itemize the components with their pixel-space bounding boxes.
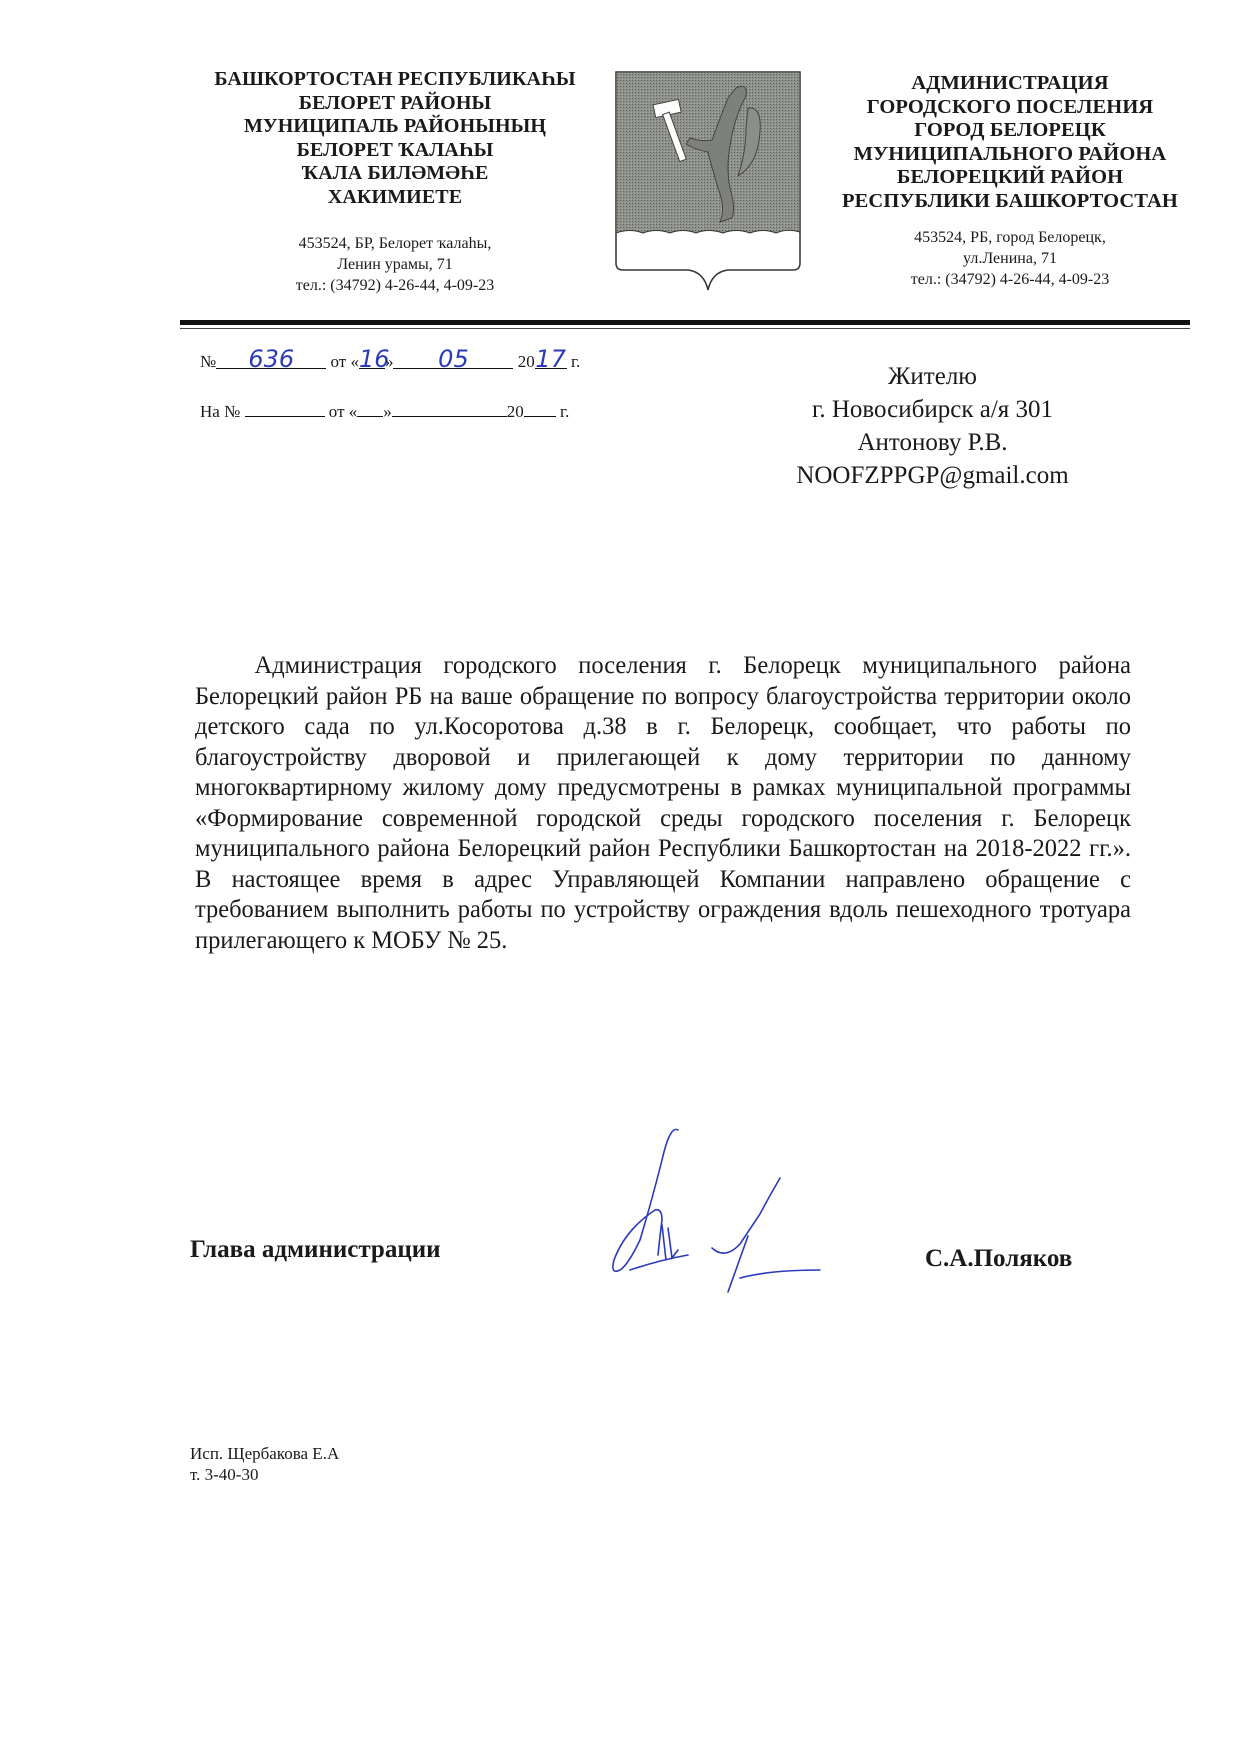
org-name-line: ГОРОД БЕЛОРЕЦК (810, 119, 1210, 143)
header-divider-thin (180, 328, 1190, 329)
org-address-bashkir: 453524, БР, Белорет ҡалаһы, Ленин урамы,… (175, 233, 615, 296)
coat-of-arms-icon (608, 68, 803, 293)
org-name-line: ХАКИМИЕТЕ (175, 186, 615, 210)
address-line: 453524, РБ, город Белорецк, (810, 227, 1210, 248)
org-name-line: ҠАЛА БИЛӘМӘҺЕ (175, 162, 615, 186)
org-name-line: РЕСПУБЛИКИ БАШКОРТОСТАН (810, 190, 1210, 214)
letter-body: Администрация городского поселения г. Бе… (195, 650, 1131, 955)
outgoing-registration: №636 от «16»05 2017 г. (200, 350, 580, 373)
org-name-line: БЕЛОРЕТ ҠАЛАҺЫ (175, 139, 615, 163)
org-name-line: АДМИНИСТРАЦИЯ (810, 72, 1210, 96)
org-name-russian: АДМИНИСТРАЦИЯ ГОРОДСКОГО ПОСЕЛЕНИЯ ГОРОД… (810, 72, 1210, 213)
recipient-email: NOOFZPPGP@gmail.com (760, 459, 1105, 492)
date-from-label: от « (330, 352, 358, 371)
header-divider-thick (180, 320, 1190, 325)
phone-line: тел.: (34792) 4-26-44, 4-09-23 (175, 275, 615, 296)
executor-block: Исп. Щербакова Е.А т. 3-40-30 (190, 1443, 339, 1485)
org-name-line: БЕЛОРЕЦКИЙ РАЙОН (810, 166, 1210, 190)
handwritten-signature-icon (600, 1120, 900, 1300)
recipient-line: г. Новосибирск а/я 301 (760, 393, 1105, 426)
org-name-line: БЕЛОРЕТ РАЙОНЫ (175, 92, 615, 116)
body-paragraph: Администрация городского поселения г. Бе… (195, 650, 1131, 955)
incoming-year-field (524, 398, 556, 417)
address-line: ул.Ленина, 71 (810, 248, 1210, 269)
incoming-month-field (392, 398, 507, 417)
phone-line: тел.: (34792) 4-26-44, 4-09-23 (810, 269, 1210, 290)
org-name-line: БАШКОРТОСТАН РЕСПУБЛИКАҺЫ (175, 68, 615, 92)
org-name-line: МУНИЦИПАЛЬНОГО РАЙОНА (810, 143, 1210, 167)
recipient-line: Жителю (760, 360, 1105, 393)
executor-name: Исп. Щербакова Е.А (190, 1443, 339, 1464)
outgoing-number-field: 636 (216, 350, 326, 369)
executor-phone: т. 3-40-30 (190, 1464, 339, 1485)
outgoing-month: 05 (438, 345, 469, 373)
header-left-bashkir: БАШКОРТОСТАН РЕСПУБЛИКАҺЫ БЕЛОРЕТ РАЙОНЫ… (175, 68, 615, 296)
address-line: 453524, БР, Белорет ҡалаһы, (175, 233, 615, 254)
close-quote: » (385, 352, 394, 371)
day-field: 16 (359, 350, 385, 369)
signatory-name: С.А.Поляков (925, 1245, 1072, 1273)
year-unit: г. (571, 352, 580, 371)
address-line: Ленин урамы, 71 (175, 254, 615, 275)
incoming-day-field (357, 398, 383, 417)
recipient-line: Антонову Р.В. (760, 426, 1105, 459)
outgoing-number: 636 (248, 345, 294, 373)
org-name-bashkir: БАШКОРТОСТАН РЕСПУБЛИКАҺЫ БЕЛОРЕТ РАЙОНЫ… (175, 68, 615, 209)
close-quote: » (383, 402, 392, 421)
date-from-label: от « (329, 402, 357, 421)
org-name-line: МУНИЦИПАЛЬ РАЙОНЫНЫҢ (175, 115, 615, 139)
year-unit: г. (560, 402, 569, 421)
year-prefix: 20 (518, 352, 535, 371)
org-name-line: ГОРОДСКОГО ПОСЕЛЕНИЯ (810, 96, 1210, 120)
month-field: 05 (393, 350, 513, 369)
year-field: 17 (535, 350, 567, 369)
outgoing-year: 17 (535, 345, 566, 373)
header-right-russian: АДМИНИСТРАЦИЯ ГОРОДСКОГО ПОСЕЛЕНИЯ ГОРОД… (810, 72, 1210, 290)
number-label: № (200, 352, 216, 371)
year-prefix: 20 (507, 402, 524, 421)
recipient-block: Жителю г. Новосибирск а/я 301 Антонову Р… (760, 360, 1105, 492)
org-address-russian: 453524, РБ, город Белорецк, ул.Ленина, 7… (810, 227, 1210, 290)
incoming-registration: На № от «»20 г. (200, 398, 569, 423)
incoming-number-field (245, 398, 325, 417)
incoming-number-label: На № (200, 402, 240, 421)
signatory-role: Глава администрации (190, 1236, 441, 1264)
